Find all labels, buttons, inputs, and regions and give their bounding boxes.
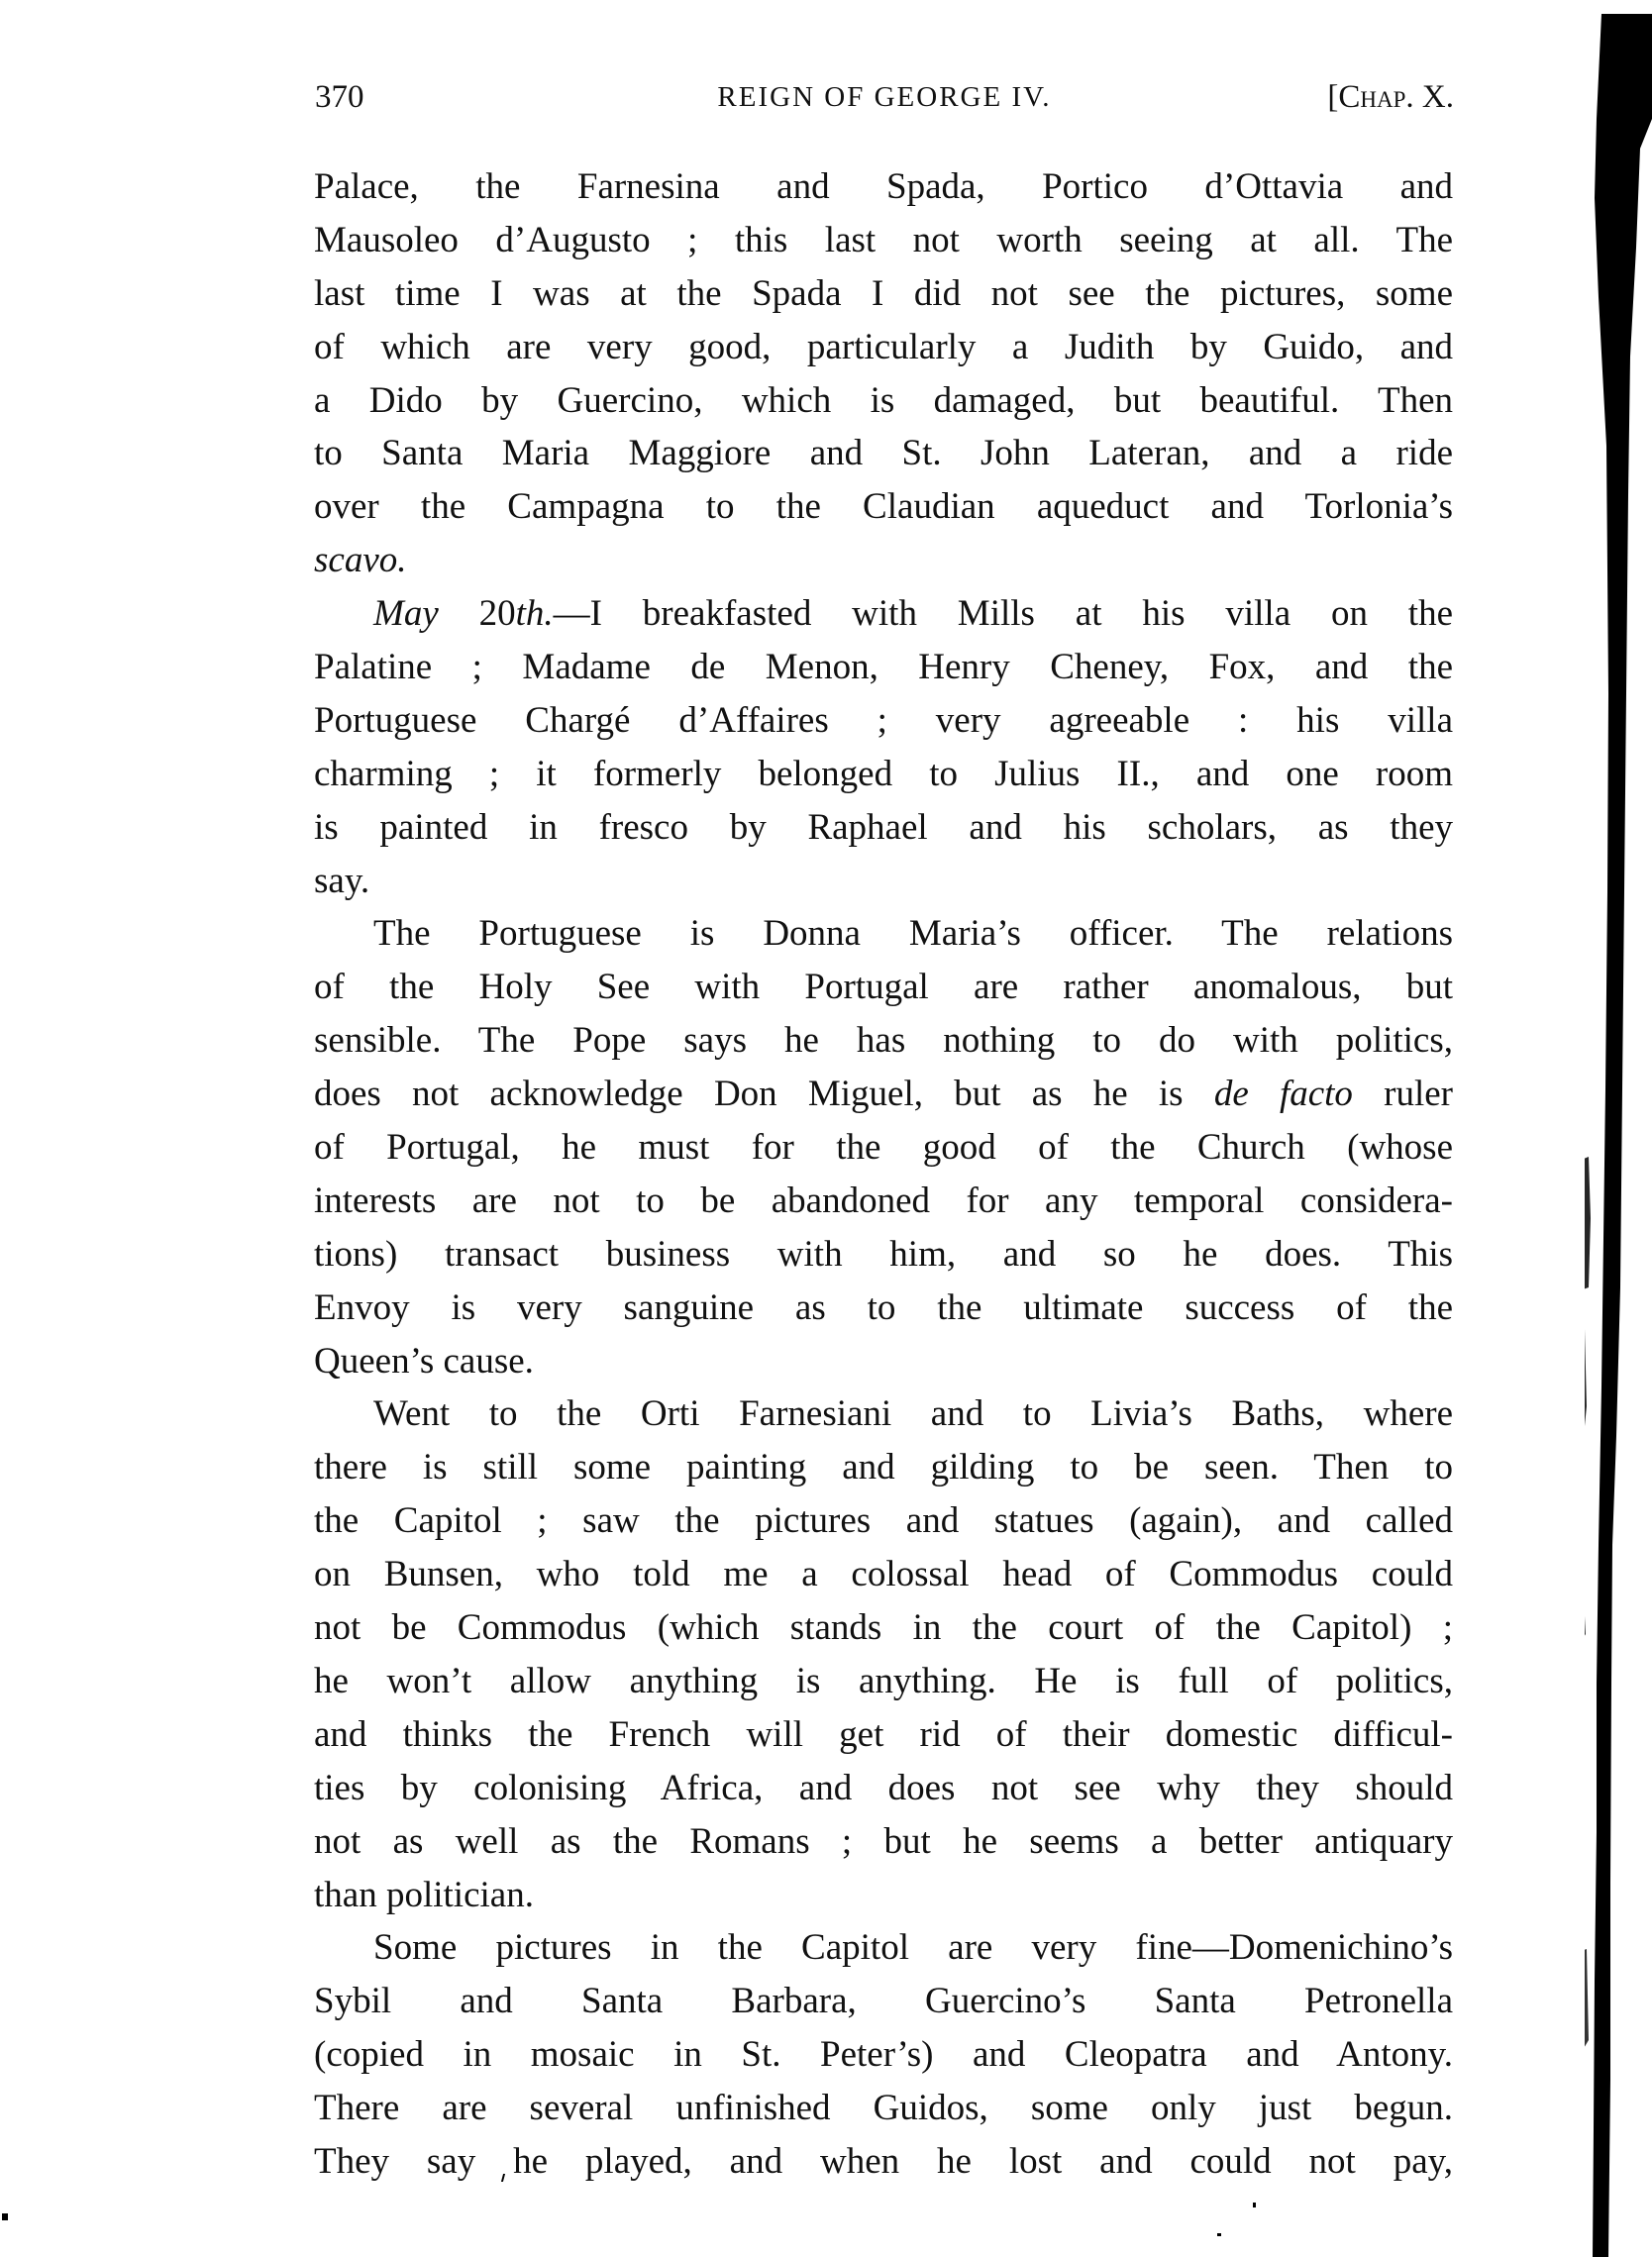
scan-binding-edge <box>1585 0 1652 2257</box>
text-line: Queen’s cause. <box>314 1335 1453 1388</box>
text-line: of which are very good, particularly a J… <box>314 321 1453 374</box>
text-run: and thinks the French will get rid of th… <box>314 1714 1453 1755</box>
text-run: —I breakfasted with Mills at his villa o… <box>554 593 1453 634</box>
text-run: interests are not to be abandoned for an… <box>314 1180 1453 1221</box>
paragraph: May 20th.—I breakfasted with Mills at hi… <box>314 587 1453 907</box>
text-run: Mausoleo d’Augusto ; this last not worth… <box>314 220 1453 260</box>
text-line: Mausoleo d’Augusto ; this last not worth… <box>314 214 1453 267</box>
text-line: say. <box>314 855 1453 908</box>
text-run: Some pictures in the Capitol are very fi… <box>373 1927 1453 1968</box>
text-line: last time I was at the Spada I did not s… <box>314 267 1453 321</box>
italic-text: de facto <box>1214 1074 1353 1114</box>
text-run: on Bunsen, who told me a colossal head o… <box>314 1554 1453 1594</box>
text-run: There are several unfinished Guidos, som… <box>314 2088 1453 2128</box>
text-run: does not acknowledge Don Miguel, but as … <box>314 1074 1214 1114</box>
text-run: not be Commodus (which stands in the cou… <box>314 1607 1453 1648</box>
text-run: last time I was at the Spada I did not s… <box>314 273 1453 314</box>
paragraph: The Portuguese is Donna Maria’s officer.… <box>314 907 1453 1387</box>
text-line: They say he played, and when he lost and… <box>314 2135 1453 2189</box>
binding-shadow-main <box>1593 14 1652 2257</box>
paragraph: Went to the Orti Farnesiani and to Livia… <box>314 1387 1453 1921</box>
text-run: 20 <box>439 593 516 634</box>
italic-text: May <box>373 593 439 634</box>
text-line: Palatine ; Madame de Menon, Henry Cheney… <box>314 641 1453 694</box>
text-run: of Portugal, he must for the good of the… <box>314 1127 1453 1168</box>
text-line: a Dido by Guercino, which is damaged, bu… <box>314 374 1453 428</box>
page-number: 370 <box>315 75 364 119</box>
text-run: Went to the Orti Farnesiani and to Livia… <box>373 1393 1453 1434</box>
speck-mark <box>1253 2203 1256 2207</box>
book-page: 370 REIGN OF GEORGE IV. [Chap. X. Palace… <box>0 0 1652 2257</box>
text-line: Went to the Orti Farnesiani and to Livia… <box>314 1387 1453 1441</box>
text-line: on Bunsen, who told me a colossal head o… <box>314 1548 1453 1601</box>
text-line: Palace, the Farnesina and Spada, Portico… <box>314 160 1453 214</box>
text-line: scavo. <box>314 534 1453 587</box>
chapter-number: X. <box>1414 79 1454 115</box>
text-line: the Capitol ; saw the pictures and statu… <box>314 1494 1453 1548</box>
text-run: Envoy is very sanguine as to the ultimat… <box>314 1287 1453 1328</box>
italic-text: th. <box>516 593 554 634</box>
running-head: 370 REIGN OF GEORGE IV. [Chap. X. <box>315 75 1454 119</box>
text-line: ties by colonising Africa, and does not … <box>314 1762 1453 1815</box>
text-run: Queen’s cause. <box>314 1341 534 1382</box>
text-run: than politician. <box>314 1875 534 1915</box>
text-line: is painted in fresco by Raphael and his … <box>314 801 1453 855</box>
text-line: May 20th.—I breakfasted with Mills at hi… <box>314 587 1453 641</box>
chapter-bracket: [ <box>1327 79 1338 115</box>
chapter-marker: [Chap. X. <box>1327 75 1454 119</box>
text-run: he won’t allow anything is anything. He … <box>314 1661 1453 1701</box>
text-run: charming ; it formerly belonged to Juliu… <box>314 754 1453 794</box>
text-run: Sybil and Santa Barbara, Guercino’s Sant… <box>314 1981 1453 2021</box>
text-run: The Portuguese is Donna Maria’s officer.… <box>373 913 1453 954</box>
text-line: There are several unfinished Guidos, som… <box>314 2082 1453 2135</box>
text-line: there is still some painting and gilding… <box>314 1441 1453 1494</box>
text-run: ruler <box>1353 1074 1453 1114</box>
text-line: not as well as the Romans ; but he seems… <box>314 1815 1453 1869</box>
chapter-label: Chap. <box>1338 79 1413 115</box>
text-line: The Portuguese is Donna Maria’s officer.… <box>314 907 1453 961</box>
text-line: of the Holy See with Portugal are rather… <box>314 961 1453 1014</box>
text-line: interests are not to be abandoned for an… <box>314 1175 1453 1228</box>
text-run: there is still some painting and gilding… <box>314 1447 1453 1488</box>
text-line: than politician. <box>314 1869 1453 1922</box>
text-run: is painted in fresco by Raphael and his … <box>314 807 1453 848</box>
text-line: not be Commodus (which stands in the cou… <box>314 1601 1453 1655</box>
text-line: over the Campagna to the Claudian aquedu… <box>314 480 1453 534</box>
text-line: sensible. The Pope says he has nothing t… <box>314 1014 1453 1068</box>
text-run: say. <box>314 861 369 901</box>
text-line: does not acknowledge Don Miguel, but as … <box>314 1068 1453 1121</box>
italic-text: scavo. <box>314 540 407 580</box>
text-run: the Capitol ; saw the pictures and statu… <box>314 1500 1453 1541</box>
text-line: Portuguese Chargé d’Affaires ; very agre… <box>314 694 1453 748</box>
text-run: a Dido by Guercino, which is damaged, bu… <box>314 380 1453 421</box>
text-line: Some pictures in the Capitol are very fi… <box>314 1921 1453 1975</box>
scan-smudge <box>1585 1327 1587 1426</box>
text-run: of the Holy See with Portugal are rather… <box>314 967 1453 1007</box>
text-run: They say he played, and when he lost and… <box>314 2141 1453 2182</box>
text-line: (copied in mosaic in St. Peter’s) and Cl… <box>314 2028 1453 2082</box>
text-run: of which are very good, particularly a J… <box>314 327 1453 367</box>
text-run: over the Campagna to the Claudian aquedu… <box>314 486 1453 527</box>
text-line: tions) transact business with him, and s… <box>314 1228 1453 1282</box>
scan-smudge <box>1585 1157 1591 1289</box>
text-line: Envoy is very sanguine as to the ultimat… <box>314 1282 1453 1335</box>
text-line: charming ; it formerly belonged to Juliu… <box>314 748 1453 801</box>
speck-mark <box>1217 2233 1221 2236</box>
text-run: Portuguese Chargé d’Affaires ; very agre… <box>314 700 1453 741</box>
text-run: Palace, the Farnesina and Spada, Portico… <box>314 166 1453 207</box>
running-title: REIGN OF GEORGE IV. <box>676 75 1092 119</box>
text-run: sensible. The Pope says he has nothing t… <box>314 1020 1453 1061</box>
paragraph: Some pictures in the Capitol are very fi… <box>314 1921 1453 2188</box>
text-run: not as well as the Romans ; but he seems… <box>314 1821 1453 1862</box>
paragraph: Palace, the Farnesina and Spada, Portico… <box>314 160 1453 587</box>
text-line: of Portugal, he must for the good of the… <box>314 1121 1453 1175</box>
scan-smudge <box>1585 1614 1586 1644</box>
text-line: Sybil and Santa Barbara, Guercino’s Sant… <box>314 1975 1453 2028</box>
body-text: Palace, the Farnesina and Spada, Portico… <box>314 160 1453 2189</box>
text-run: ties by colonising Africa, and does not … <box>314 1768 1453 1808</box>
text-line: and thinks the French will get rid of th… <box>314 1708 1453 1762</box>
scan-smudge <box>1585 1949 1589 2050</box>
text-run: Palatine ; Madame de Menon, Henry Cheney… <box>314 647 1453 687</box>
text-run: tions) transact business with him, and s… <box>314 1234 1453 1275</box>
text-line: to Santa Maria Maggiore and St. John Lat… <box>314 427 1453 480</box>
text-run: to Santa Maria Maggiore and St. John Lat… <box>314 433 1453 473</box>
speck-mark <box>2 2213 8 2220</box>
text-run: (copied in mosaic in St. Peter’s) and Cl… <box>314 2034 1453 2075</box>
text-line: he won’t allow anything is anything. He … <box>314 1655 1453 1708</box>
